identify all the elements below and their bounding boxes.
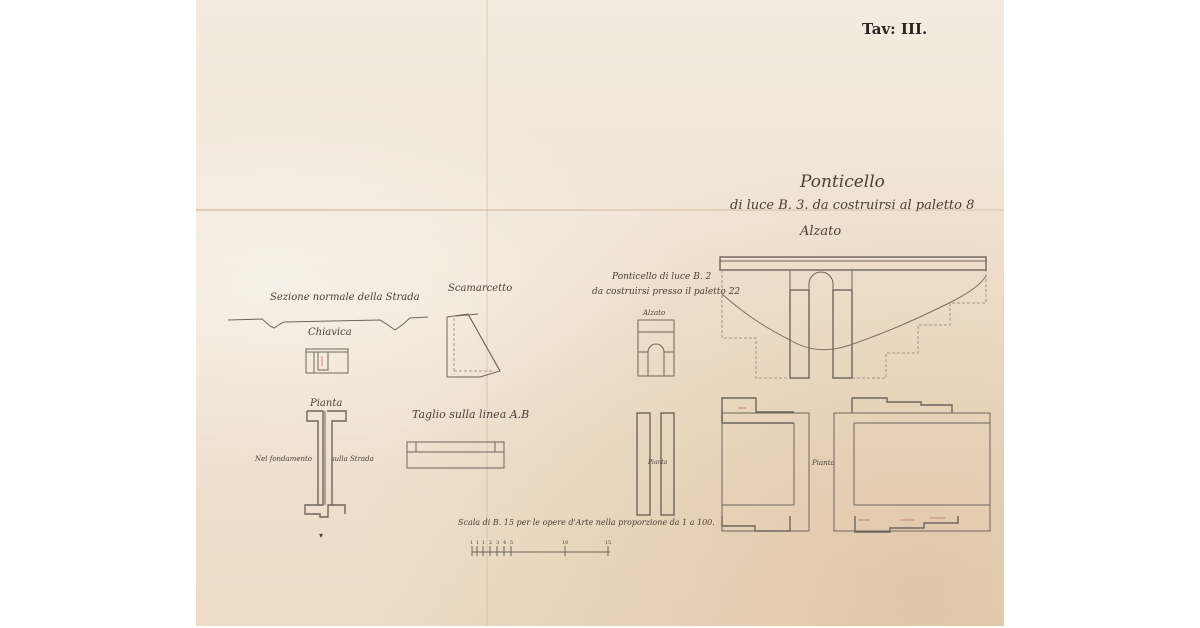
scale-tick-label: 3 xyxy=(496,540,499,546)
technical-drawing: ▾ xyxy=(0,0,1200,628)
keystone-drawing xyxy=(306,349,348,373)
scale-tick-label: 5 xyxy=(510,540,513,546)
scale-bar: 1 1 1 2 3 4 5 10 15 xyxy=(470,540,611,556)
scale-tick-label: 15 xyxy=(605,540,611,546)
section-arrow: ▾ xyxy=(319,531,323,540)
abutment-drawing xyxy=(447,314,500,377)
scale-tick-label: 1 xyxy=(482,540,485,546)
scale-tick-label: 4 xyxy=(503,540,506,546)
scale-tick-label: 1 xyxy=(470,540,473,546)
road-profile xyxy=(228,317,428,330)
scale-tick-label: 10 xyxy=(562,540,568,546)
small-bridge-plan xyxy=(637,413,674,515)
small-bridge-elevation xyxy=(638,320,674,376)
small-plan-drawing: ▾ xyxy=(305,411,346,540)
scale-tick-label: 1 xyxy=(476,540,479,546)
cut-ab-drawing xyxy=(407,442,504,468)
scale-tick-label: 2 xyxy=(489,540,492,546)
large-bridge-plan xyxy=(722,398,990,532)
large-bridge-elevation xyxy=(720,257,986,378)
